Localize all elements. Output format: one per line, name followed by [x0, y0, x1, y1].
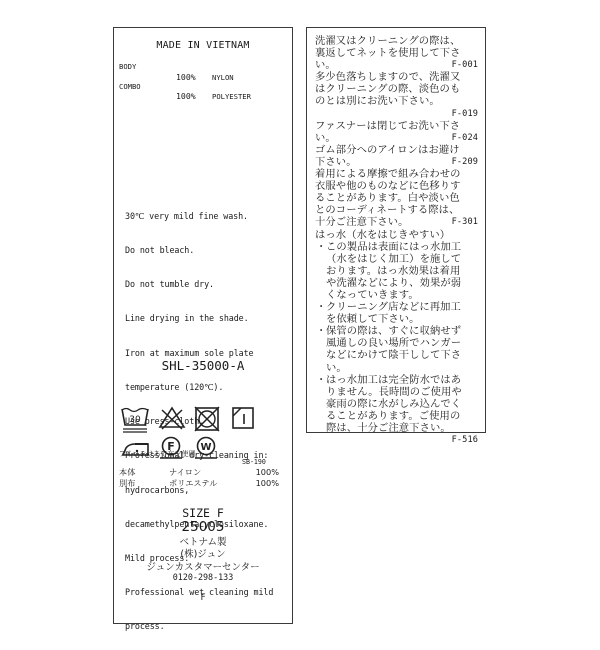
note-code: F-516	[452, 434, 478, 446]
note-line: ・保管の際は、すぐに収納せず	[315, 325, 478, 337]
note-line: のとは別にお洗い下さい。	[315, 95, 478, 107]
composition-jp-part: 本体	[119, 467, 135, 478]
care-line: process.	[125, 621, 273, 632]
note-code: F-001	[452, 59, 478, 71]
note-text: 多少色落ちしますので、洗濯又	[315, 71, 460, 83]
note-text: 際は、十分ご注意下さい。	[326, 422, 451, 434]
note-text: ファスナーは閉じてお洗い下さ	[315, 120, 460, 132]
note-text: はっ水加工は完全防水ではあ	[326, 374, 461, 386]
company-name: (株)ジュン	[114, 546, 292, 560]
line-dry-shade-icon	[231, 406, 255, 430]
note-line: などにかけて陰干しして下さ	[315, 349, 478, 361]
note-text: クリーニング店などに再加工	[326, 301, 461, 313]
note-text: などにかけて陰干しして下さ	[326, 349, 461, 361]
note-line: りません。長時間のご使用や	[315, 386, 478, 398]
note-line: とのコーディネートする際は、	[315, 204, 478, 216]
note-text: はクリーニングの際、淡色のも	[315, 83, 460, 95]
do-not-bleach-icon	[158, 406, 186, 430]
bullet-icon: ・	[316, 374, 326, 386]
note-text: ることがあります。白や淡い色	[315, 192, 460, 204]
composition-material-body: NYLON	[212, 73, 234, 82]
note-line: 際は、十分ご注意下さい。	[315, 422, 478, 434]
note-line: 風通しの良い場所でハンガー	[315, 337, 478, 349]
note-text: とのコーディネートする際は、	[315, 204, 459, 216]
composition-jp-percent: 100%	[256, 467, 279, 477]
care-line: Do not tumble dry.	[125, 279, 273, 290]
note-line: （水をはじく加工）を施して	[315, 253, 478, 265]
do-not-tumble-dry-icon	[194, 406, 220, 432]
note-text: おります。はっ水効果は着用	[326, 265, 460, 277]
note-line: ファスナーは閉じてお洗い下さ	[315, 120, 478, 132]
note-line: 多少色落ちしますので、洗濯又	[315, 71, 478, 83]
note-line: 十分ご注意下さい。F-301	[315, 216, 478, 228]
care-line: Line drying in the shade.	[125, 313, 273, 324]
note-line: 下さい。F-209	[315, 156, 478, 168]
footer-code: F	[114, 592, 292, 602]
note-line: い。F-024	[315, 132, 478, 144]
product-code: 25005	[114, 519, 292, 535]
note-text: 裏返してネットを使用して下さ	[315, 47, 461, 59]
composition-jp-percent: 100%	[256, 478, 279, 488]
note-text: くなっていきます。	[326, 289, 419, 301]
composition-jp-row: 別布 ポリエステル 100%	[119, 478, 287, 489]
note-code: F-209	[452, 156, 478, 168]
bullet-icon: ・	[316, 241, 326, 253]
composition-jp-material: ナイロン	[169, 467, 201, 478]
note-line: くなっていきます。	[315, 289, 478, 301]
note-line: 裏返してネットを使用して下さ	[315, 47, 478, 59]
care-line: temperature (120℃).	[125, 382, 273, 393]
note-line: 着用による摩擦で組み合わせの	[315, 168, 478, 180]
note-text: のとは別にお洗い下さい。	[315, 95, 440, 107]
note-text: 十分ご注意下さい。	[315, 216, 409, 228]
note-text: 着用による摩擦で組み合わせの	[315, 168, 461, 180]
care-label-left: MADE IN VIETNAM BODY 100% NYLON COMBO 10…	[113, 27, 293, 624]
customer-center: ジュンカスタマーセンター	[114, 559, 292, 573]
note-line: を依頼して下さい。	[315, 313, 478, 325]
svg-text:W: W	[200, 442, 211, 453]
origin-text: MADE IN VIETNAM	[114, 40, 292, 51]
note-line: 衣服や他のものなどに色移りす	[315, 180, 478, 192]
care-line: Do not bleach.	[125, 245, 273, 256]
note-line: おります。はっ水効果は着用	[315, 265, 478, 277]
note-text: を依頼して下さい。	[326, 313, 420, 325]
note-line: い。	[315, 362, 478, 374]
wet-clean-w-icon: W	[194, 436, 218, 460]
note-text: 豪雨の際に水がしみ込んでく	[326, 398, 461, 410]
note-text: （水をはじく加工）を施して	[326, 253, 461, 265]
note-line: ることがあります。白や淡い色	[315, 192, 478, 204]
note-text: や洗濯などにより、効果が弱	[326, 277, 461, 289]
note-line: い。F-001	[315, 59, 478, 71]
size-label: SIZE F	[114, 506, 292, 520]
note-text: この製品は表面にはっ水加工	[326, 241, 461, 253]
note-code: F-301	[452, 216, 478, 228]
note-line: はクリーニングの際、淡色のも	[315, 83, 478, 95]
note-line: はっ水（水をはじきやすい）	[315, 229, 478, 241]
note-text: 風通しの良い場所でハンガー	[326, 337, 461, 349]
phone-number: 0120-298-133	[114, 572, 292, 582]
svg-text:30: 30	[129, 415, 141, 425]
note-text: ることがあります。ご使用の	[326, 410, 460, 422]
iron-note: アイロンはあて布を使用	[119, 449, 195, 459]
composition-part-body: BODY	[119, 62, 136, 71]
composition-percent-body: 100%	[176, 72, 196, 82]
note-text: い。	[315, 59, 336, 71]
composition-jp-row: 本体 ナイロン 100%	[119, 467, 287, 478]
note-text: い。	[315, 132, 336, 144]
care-label-right: 洗濯又はクリーニングの際は、裏返してネットを使用して下さい。F-001多少色落ち…	[306, 27, 486, 433]
note-line: ・この製品は表面にはっ水加工	[315, 241, 478, 253]
composition-material-combo: POLYESTER	[212, 92, 251, 101]
note-line: や洗濯などにより、効果が弱	[315, 277, 478, 289]
wash-30-very-mild-icon: 30	[120, 406, 150, 438]
note-line: ゴム部分へのアイロンはお避け	[315, 144, 478, 156]
note-text: ゴム部分へのアイロンはお避け	[315, 144, 460, 156]
bullet-icon: ・	[316, 301, 326, 313]
note-line: 洗濯又はクリーニングの際は、	[315, 35, 478, 47]
composition-jp-material: ポリエステル	[169, 478, 217, 489]
note-text: りません。長時間のご使用や	[326, 386, 462, 398]
note-line: ・はっ水加工は完全防水ではあ	[315, 374, 478, 386]
note-line: ・クリーニング店などに再加工	[315, 301, 478, 313]
note-text: 洗濯又はクリーニングの際は、	[315, 35, 460, 47]
note-text: はっ水（水をはじきやすい）	[315, 229, 450, 241]
note-code: F-024	[452, 132, 478, 144]
note-line: F-019	[315, 108, 478, 120]
bullet-icon: ・	[316, 325, 326, 337]
note-code: F-019	[452, 108, 478, 120]
composition-jp-part: 別布	[119, 478, 135, 489]
note-text: い。	[326, 362, 347, 374]
note-text: 保管の際は、すぐに収納せず	[326, 325, 461, 337]
note-line: 豪雨の際に水がしみ込んでく	[315, 398, 478, 410]
japanese-care-notes: 洗濯又はクリーニングの際は、裏返してネットを使用して下さい。F-001多少色落ち…	[315, 35, 478, 446]
note-line: ることがあります。ご使用の	[315, 410, 478, 422]
composition-percent-combo: 100%	[176, 91, 196, 101]
note-text: 下さい。	[315, 156, 357, 168]
sb-code: SB-190	[242, 458, 266, 466]
note-text: 衣服や他のものなどに色移りす	[315, 180, 461, 192]
composition-part-combo: COMBO	[119, 82, 141, 91]
model-number: SHL-35000-A	[114, 358, 292, 373]
care-line: 30℃ very mild fine wash.	[125, 211, 273, 222]
note-line: F-516	[315, 434, 478, 446]
